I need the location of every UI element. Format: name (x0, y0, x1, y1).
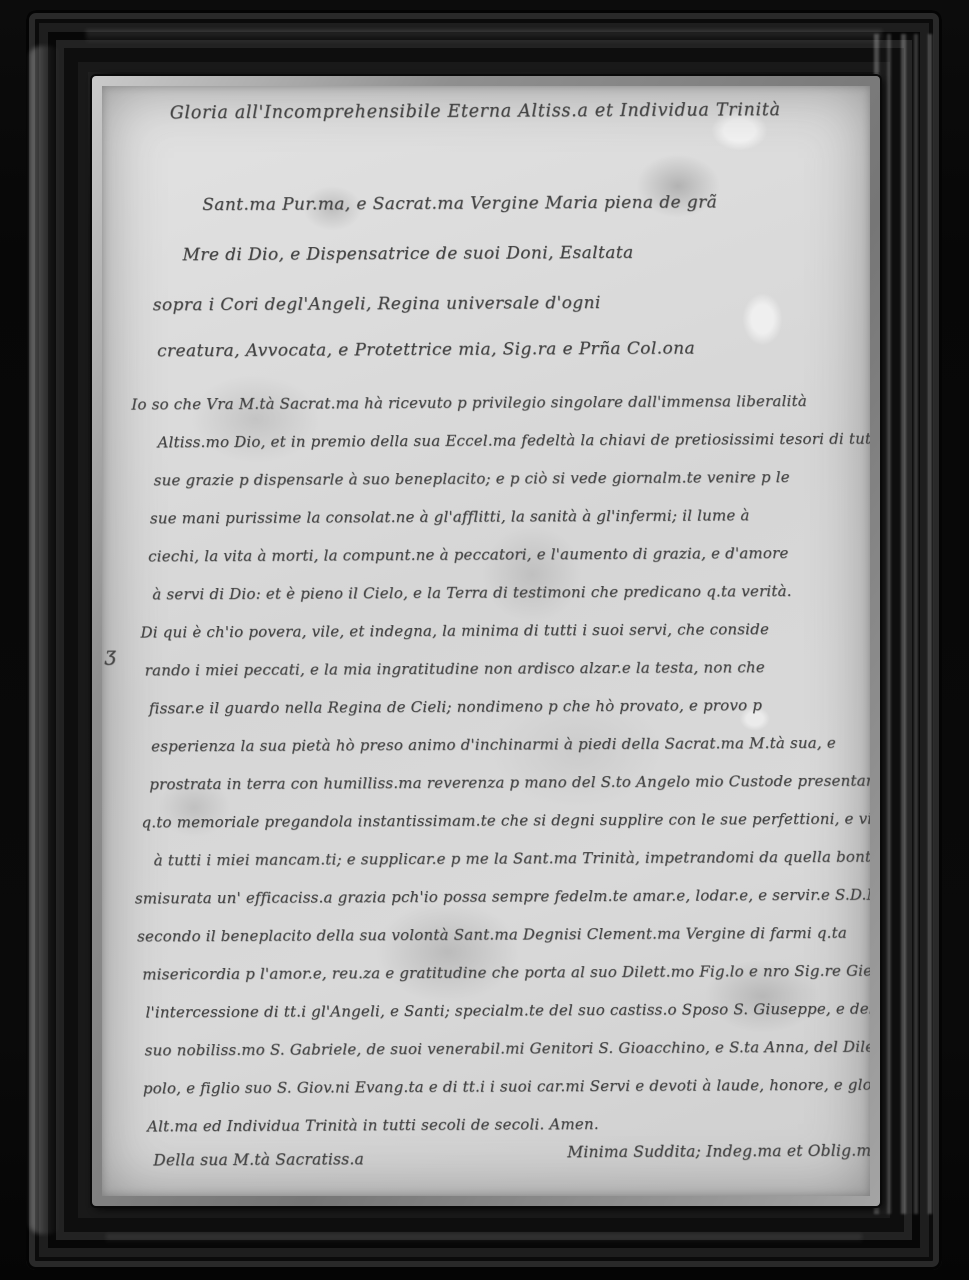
manuscript-line: Di qui è ch'io povera, vile, et indegna,… (140, 622, 769, 640)
frame-highlight-top (86, 30, 882, 44)
frame-highlight-left (30, 46, 60, 1234)
manuscript-line: à servi di Dio: et è pieno il Cielo, e l… (152, 584, 791, 602)
manuscript-line: q.to memoriale pregandola instantissimam… (141, 811, 870, 830)
manuscript-line: creatura, Avvocata, e Protettrice mia, S… (157, 341, 695, 361)
photograph: ʒ Gloria all'Incomprehensibile Eterna Al… (0, 0, 969, 1280)
manuscript-line: sue mani purissime la consolat.ne à gl'a… (150, 508, 750, 526)
manuscript-line: sue grazie p dispensarle à suo beneplaci… (154, 470, 790, 488)
manuscript-line: esperienza la sua pietà hò preso animo d… (151, 736, 836, 755)
picture-frame: ʒ Gloria all'Incomprehensibile Eterna Al… (26, 10, 942, 1270)
closing-left: Della sua M.tà Sacratiss.a (153, 1152, 364, 1169)
manuscript-line: secondo il beneplacito della sua volontà… (137, 926, 847, 945)
manuscript-line: à tutti i miei mancam.ti; e supplicar.e … (154, 850, 870, 869)
manuscript-line: Altiss.mo Dio, et in premio della sua Ec… (158, 431, 870, 450)
manuscript-line: prostrata in terra con humilliss.ma reve… (149, 774, 870, 793)
frame-highlight-bottom (106, 1234, 862, 1244)
manuscript-paper: ʒ Gloria all'Incomprehensibile Eterna Al… (102, 86, 870, 1196)
manuscript-line: Mre di Dio, e Dispensatrice de suoi Doni… (183, 245, 634, 264)
manuscript-text: ʒ Gloria all'Incomprehensibile Eterna Al… (102, 86, 870, 1196)
manuscript-line: Sant.ma Pur.ma, e Sacrat.ma Vergine Mari… (202, 194, 717, 214)
manuscript-line: Alt.ma ed Individua Trinità in tutti sec… (147, 1117, 599, 1134)
manuscript-line: Io so che Vra M.tà Sacrat.ma hà ricevuto… (131, 394, 807, 413)
frame-highlight-right (874, 34, 932, 1214)
manuscript-line: suo nobiliss.mo S. Gabriele, de suoi ven… (145, 1039, 870, 1058)
manuscript-line: smisurata un' efficaciss.a grazia pch'io… (135, 888, 870, 907)
manuscript-title: Gloria all'Incomprehensibile Eterna Alti… (170, 102, 781, 123)
closing-right: Minima Suddita; Indeg.ma et Oblig.ma Ser… (567, 1143, 870, 1160)
frame-inner-lip: ʒ Gloria all'Incomprehensibile Eterna Al… (92, 76, 880, 1206)
manuscript-line: rando i miei peccati, e la mia ingratitu… (145, 660, 765, 678)
manuscript-line: polo, e figlio suo S. Giov.ni Evang.ta e… (143, 1077, 870, 1096)
manuscript-line: ciechi, la vita à morti, la compunt.ne à… (148, 546, 788, 564)
ink-mark: ʒ (105, 644, 117, 664)
manuscript-line: misericordia p l'amor.e, reu.za e gratit… (142, 963, 870, 982)
manuscript-line: l'intercessione di tt.i gl'Angeli, e San… (145, 1001, 870, 1020)
manuscript-line: sopra i Cori degl'Angeli, Regina univers… (153, 295, 601, 314)
manuscript-line: fissar.e il guardo nella Regina de Cieli… (149, 698, 762, 716)
